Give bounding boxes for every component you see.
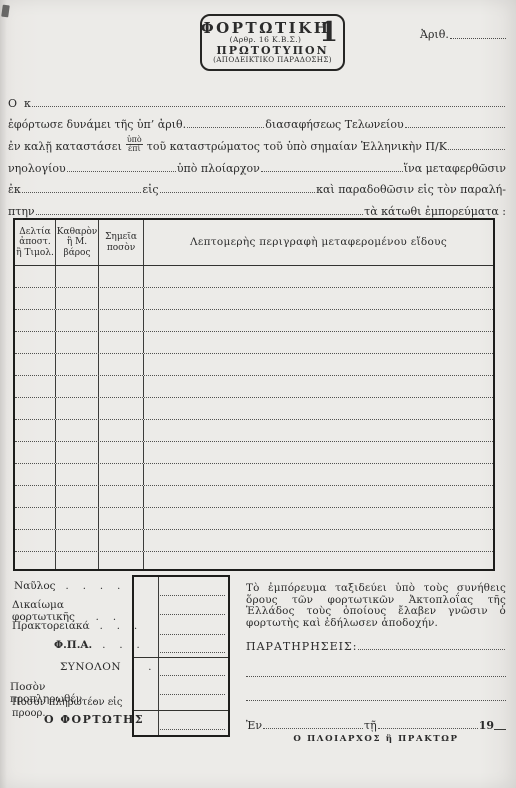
remarks-field: ΠΑΡΑΤΗΡΗΣΕΙΣ: xyxy=(246,640,506,653)
table-row xyxy=(15,376,493,398)
table-row xyxy=(15,530,493,552)
table-row xyxy=(15,420,493,442)
amount-box-divider xyxy=(158,577,159,735)
date-blank xyxy=(378,728,478,729)
table-cell xyxy=(56,552,99,569)
table-cell xyxy=(99,442,144,463)
amount-line xyxy=(160,694,225,695)
table-cell xyxy=(56,310,99,331)
table-row xyxy=(15,266,493,288)
remarks-blank xyxy=(358,649,505,650)
table-cell xyxy=(144,552,493,569)
registry-label: νηολογίου xyxy=(8,162,66,175)
amount-line xyxy=(160,652,225,653)
charge-label: ΣΥΝΟΛΟΝ xyxy=(60,661,121,673)
shipper-name-blank xyxy=(32,106,505,107)
table-cell xyxy=(15,354,56,375)
intro-line-3: ἐν καλῇ καταστάσει ὑπὸ ἐπὶ τοῦ καταστρώμ… xyxy=(8,131,506,153)
table-cell xyxy=(144,332,493,353)
intro-paragraph: Ο κ ἐφόρτωσε δυνάμει τῆς ὑπ’ ἀριθ. διασα… xyxy=(8,88,506,218)
table-cell xyxy=(15,508,56,529)
table-cell xyxy=(99,266,144,287)
charge-row-agency-fee: Πρακτορειακά ... xyxy=(12,620,130,632)
table-cell xyxy=(99,552,144,569)
origin-port-blank xyxy=(22,192,142,193)
table-cell xyxy=(56,464,99,485)
table-cell xyxy=(15,530,56,551)
table-row xyxy=(15,508,493,530)
master-label: ὑπὸ πλοίαρχον xyxy=(177,162,260,175)
intro-line-4: νηολογίου ὑπὸ πλοίαρχον ἵνα μεταφερθῶσιν xyxy=(8,153,506,175)
table-cell xyxy=(99,464,144,485)
charge-row-freight: Ναῦλος .... xyxy=(14,580,132,592)
table-cell xyxy=(144,288,493,309)
number-blank xyxy=(450,38,506,39)
table-cell xyxy=(15,398,56,419)
table-row xyxy=(15,442,493,464)
table-cell xyxy=(144,398,493,419)
declaration-number-blank xyxy=(187,127,264,128)
loaded-under-number-label: ἐφόρτωσε δυνάμει τῆς ὑπ’ ἀριθ. xyxy=(8,118,186,131)
column-header-net-gross-weight: Καθαρὸν ἢ Μ. βάρος xyxy=(56,220,99,265)
table-cell xyxy=(56,376,99,397)
delivered-to-label: καὶ παραδοθῶσιν εἰς τὸν παραλή- xyxy=(316,183,506,196)
copy-type-note: (ΑΠΟΔΕΙΚΤΙΚΟ ΠΑΡΑΔΟΣΗΣ) xyxy=(213,56,332,64)
table-cell xyxy=(144,486,493,507)
charge-label: Ναῦλος xyxy=(14,580,56,592)
table-cell xyxy=(99,376,144,397)
remarks-extra-line xyxy=(246,653,506,677)
table-cell xyxy=(99,530,144,551)
table-row xyxy=(15,310,493,332)
subtotal-rule xyxy=(134,710,228,711)
table-cell xyxy=(99,398,144,419)
terms-and-signature-section: Τὸ ἐμπόρευμα ταξιδεύει ὑπὸ τοὺς συνήθεις… xyxy=(246,583,506,744)
column-header-dispatch-notes: Δελτία ἀποστ. ἢ Τιμολ. xyxy=(15,220,56,265)
consignee-name-blank xyxy=(36,214,364,215)
intro-line-6: πτην τὰ κάτωθι ἐμπορεύματα : xyxy=(8,196,506,218)
dot-leader: .... xyxy=(66,581,135,592)
master-name-blank xyxy=(261,171,403,172)
column-header-goods-description: Λεπτομερὴς περιγραφὴ μεταφερομένου εἴδου… xyxy=(144,220,493,265)
table-row xyxy=(15,398,493,420)
shipper-signature-label: Ο ΦΟΡΤΩΤΗΣ xyxy=(44,713,144,726)
goods-table-header: Δελτία ἀποστ. ἢ Τιμολ. Καθαρὸν ἢ Μ. βάρο… xyxy=(15,220,493,266)
amount-line xyxy=(160,729,225,730)
date-label: τῇ xyxy=(364,719,377,732)
table-cell xyxy=(15,376,56,397)
table-cell xyxy=(15,486,56,507)
vessel-name-blank xyxy=(448,149,505,150)
table-cell xyxy=(144,266,493,287)
law-reference: (Αρθρ. 16 Κ.Β.Σ.) xyxy=(230,36,302,44)
place-blank xyxy=(263,728,363,729)
charges-section: Ναῦλος .... Δικαίωμα φορτωτικῆς .. Πρακτ… xyxy=(0,575,240,741)
intro-line-2: ἐφόρτωσε δυνάμει τῆς ὑπ’ ἀριθ. διασαφήσε… xyxy=(8,110,506,132)
intro-line-1: Ο κ xyxy=(8,88,506,110)
destination-port-blank xyxy=(160,192,316,193)
year-blank xyxy=(494,729,506,730)
table-cell xyxy=(144,354,493,375)
customs-office-blank xyxy=(405,127,505,128)
goods-below-label: τὰ κάτωθι ἐμπορεύματα : xyxy=(364,205,506,218)
good-condition-label: ἐν καλῇ καταστάσει xyxy=(8,140,122,153)
table-row xyxy=(15,354,493,376)
table-cell xyxy=(56,288,99,309)
amount-line xyxy=(160,614,225,615)
to-label: εἰς xyxy=(142,183,158,196)
remarks-extra-line xyxy=(246,677,506,701)
table-cell xyxy=(144,508,493,529)
document-number-field: Ἀριθ. xyxy=(420,28,506,41)
table-row xyxy=(15,332,493,354)
place-label: Ἐν xyxy=(246,719,262,732)
table-cell xyxy=(99,354,144,375)
table-cell xyxy=(15,442,56,463)
bill-of-lading-form: ΦΟΡΤΩΤΙΚΗ (Αρθρ. 16 Κ.Β.Σ.) ΠΡΩΤΟΤΥΠΟΝ (… xyxy=(0,0,516,788)
charge-label: Φ.Π.Α. xyxy=(54,639,92,651)
table-row xyxy=(15,486,493,508)
subtotal-rule xyxy=(134,657,228,658)
table-cell xyxy=(56,332,99,353)
under-over-deck-fraction: ὑπὸ ἐπὶ xyxy=(126,136,143,153)
customs-declaration-label: διασαφήσεως Τελωνείου xyxy=(265,118,403,131)
charge-label: Πρακτορειακά xyxy=(12,620,90,632)
table-cell xyxy=(144,530,493,551)
table-cell xyxy=(56,354,99,375)
table-cell xyxy=(15,266,56,287)
table-row xyxy=(15,464,493,486)
table-cell xyxy=(56,530,99,551)
carriage-terms-text: Τὸ ἐμπόρευμα ταξιδεύει ὑπὸ τοὺς συνήθεις… xyxy=(246,583,506,629)
amount-line xyxy=(160,675,225,676)
form-title: ΦΟΡΤΩΤΙΚΗ xyxy=(201,21,331,36)
form-title-stamp: ΦΟΡΤΩΤΙΚΗ (Αρθρ. 16 Κ.Β.Σ.) ΠΡΩΤΟΤΥΠΟΝ (… xyxy=(200,14,345,71)
table-cell xyxy=(56,508,99,529)
table-cell xyxy=(15,552,56,569)
remarks-label: ΠΑΡΑΤΗΡΗΣΕΙΣ: xyxy=(246,640,357,653)
table-cell xyxy=(15,332,56,353)
table-cell xyxy=(15,464,56,485)
registry-blank xyxy=(67,171,176,172)
amount-line xyxy=(160,595,225,596)
table-cell xyxy=(99,332,144,353)
goods-table-body xyxy=(15,266,493,552)
table-cell xyxy=(144,442,493,463)
column-header-marks-quantity: Σημεῖα ποσὸν xyxy=(99,220,144,265)
table-cell xyxy=(15,288,56,309)
table-cell xyxy=(15,310,56,331)
table-cell xyxy=(99,420,144,441)
deck-flag-label: τοῦ καταστρώματος τοῦ ὑπὸ σημαίαν Ἑλληνι… xyxy=(147,140,447,153)
place-date-field: Ἐν τῇ 19 xyxy=(246,716,506,732)
charges-amount-box xyxy=(132,575,230,737)
table-cell xyxy=(144,420,493,441)
amount-line xyxy=(160,634,225,635)
table-cell xyxy=(99,310,144,331)
table-cell xyxy=(99,486,144,507)
table-cell xyxy=(99,508,144,529)
goods-table: Δελτία ἀποστ. ἢ Τιμολ. Καθαρὸν ἢ Μ. βάρο… xyxy=(13,218,495,571)
year-prefix: 19 xyxy=(479,719,494,732)
table-filler-row xyxy=(15,552,493,569)
table-cell xyxy=(15,420,56,441)
table-cell xyxy=(99,288,144,309)
fraction-bottom: ἐπὶ xyxy=(126,145,143,153)
to-be-transported-label: ἵνα μεταφερθῶσιν xyxy=(404,162,506,175)
table-cell xyxy=(56,486,99,507)
copy-number: 1 xyxy=(319,19,338,46)
table-cell xyxy=(144,310,493,331)
master-or-agent-signature-label: Ο ΠΛΟΙΑΡΧΟΣ ἢ ΠΡΑΚΤΩΡ xyxy=(246,734,506,744)
table-cell xyxy=(56,398,99,419)
shipper-prefix: Ο κ xyxy=(8,97,31,110)
from-label: ἐκ xyxy=(8,183,21,196)
table-cell xyxy=(144,464,493,485)
intro-line-5: ἐκ εἰς καὶ παραδοθῶσιν εἰς τὸν παραλή- xyxy=(8,175,506,197)
table-cell xyxy=(144,376,493,397)
table-cell xyxy=(56,442,99,463)
table-cell xyxy=(56,266,99,287)
number-label: Ἀριθ. xyxy=(420,28,449,41)
table-cell xyxy=(56,420,99,441)
scan-smudge xyxy=(1,5,10,18)
consignee-label: πτην xyxy=(8,205,35,218)
table-row xyxy=(15,288,493,310)
